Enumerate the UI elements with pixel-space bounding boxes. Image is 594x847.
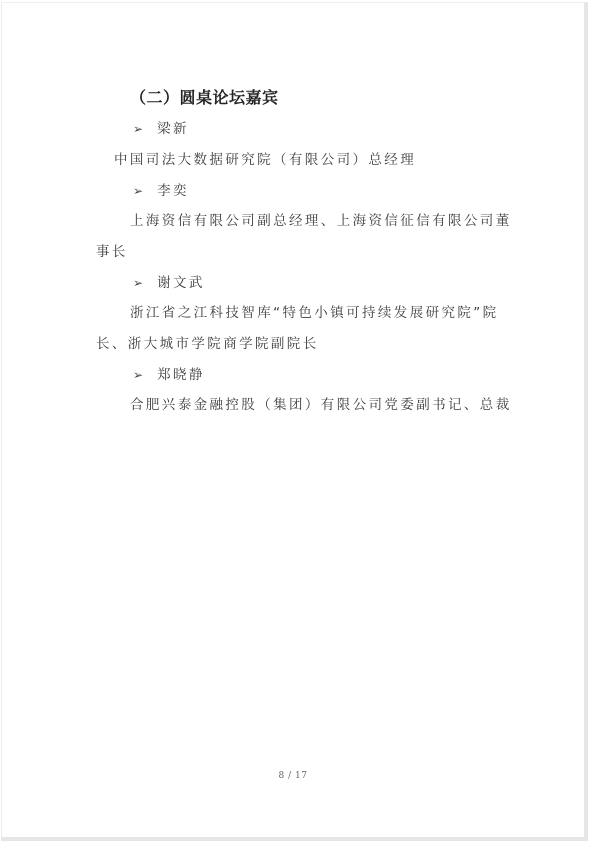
arrow-bullet-icon: ➢ — [133, 184, 143, 198]
guest-name: 梁新 — [157, 121, 189, 137]
guest-name-item: ➢郑晓静 — [133, 363, 205, 383]
page-number: 8 / 17 — [2, 771, 584, 781]
guest-title: 合肥兴泰金融控股（集团）有限公司党委副书记、总裁 — [130, 393, 512, 413]
arrow-bullet-icon: ➢ — [133, 122, 143, 136]
guest-title-continued: 长、浙大城市学院商学院副院长 — [96, 332, 319, 352]
arrow-bullet-icon: ➢ — [133, 368, 143, 382]
guest-name: 谢文武 — [157, 275, 205, 291]
guest-title: 上海资信有限公司副总经理、上海资信征信有限公司董 — [130, 209, 512, 229]
guest-name-item: ➢李奕 — [133, 179, 189, 199]
guest-name-item: ➢梁新 — [133, 117, 189, 137]
arrow-bullet-icon: ➢ — [133, 276, 143, 290]
guest-name: 郑晓静 — [157, 367, 205, 383]
guest-title: 中国司法大数据研究院（有限公司）总经理 — [114, 148, 416, 168]
guest-title: 浙江省之江科技智库“特色小镇可持续发展研究院”院 — [130, 301, 499, 321]
section-heading: （二）圆桌论坛嘉宾 — [130, 85, 279, 108]
guest-name: 李奕 — [157, 183, 189, 199]
guest-title-continued: 事长 — [96, 240, 128, 260]
guest-name-item: ➢谢文武 — [133, 271, 205, 291]
document-page: （二）圆桌论坛嘉宾 ➢梁新 中国司法大数据研究院（有限公司）总经理 ➢李奕 上海… — [1, 2, 588, 841]
